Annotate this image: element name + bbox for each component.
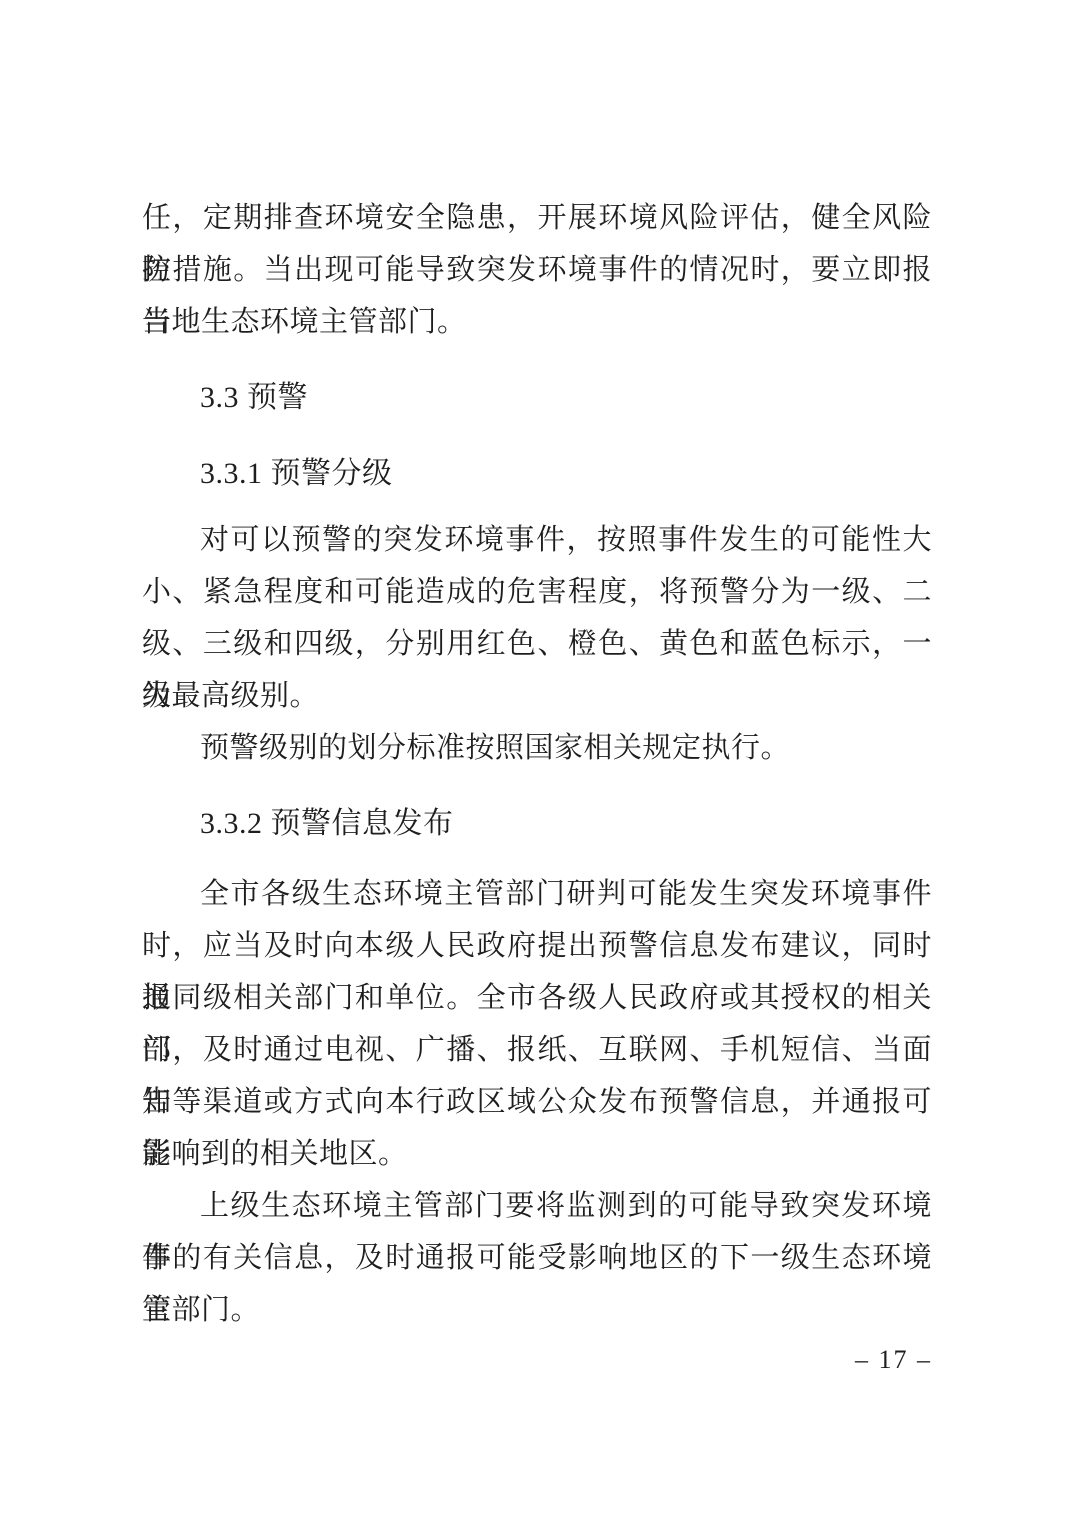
text-line: 上级生态环境主管部门要将监测到的可能导致突发环境事 — [142, 1180, 932, 1232]
paragraph: 预警级别的划分标准按照国家相关规定执行。 — [142, 722, 932, 774]
subsection-heading-3-3-2: 3.3.2 预警信息发布 — [142, 798, 932, 850]
text-line: 报同级相关部门和单位。全市各级人民政府或其授权的相关部 — [142, 972, 932, 1024]
text-line: 小、紧急程度和可能造成的危害程度，将预警分为一级、二 — [142, 566, 932, 618]
text-line: 级、三级和四级，分别用红色、橙色、黄色和蓝色标示，一级 — [142, 618, 932, 670]
text-block: 任，定期排查环境安全隐患，开展环境风险评估，健全风险防 控措施。当出现可能导致突… — [142, 192, 932, 1376]
text-line: 时，应当及时向本级人民政府提出预警信息发布建议，同时通 — [142, 920, 932, 972]
paragraph: 任，定期排查环境安全隐患，开展环境风险评估，健全风险防 控措施。当出现可能导致突… — [142, 192, 932, 348]
text-line: 知等渠道或方式向本行政区域公众发布预警信息，并通报可能 — [142, 1076, 932, 1128]
text-line: 任，定期排查环境安全隐患，开展环境风险评估，健全风险防 — [142, 192, 932, 244]
text-line: 影响到的相关地区。 — [142, 1128, 932, 1180]
text-line: 件的有关信息，及时通报可能受影响地区的下一级生态环境主 — [142, 1232, 932, 1284]
paragraph: 对可以预警的突发环境事件，按照事件发生的可能性大 小、紧急程度和可能造成的危害程… — [142, 514, 932, 722]
text-line: 预警级别的划分标准按照国家相关规定执行。 — [142, 722, 932, 774]
page-number: – 17 – — [142, 1344, 932, 1376]
text-line: 当地生态环境主管部门。 — [142, 296, 932, 348]
text-line: 对可以预警的突发环境事件，按照事件发生的可能性大 — [142, 514, 932, 566]
paragraph: 全市各级生态环境主管部门研判可能发生突发环境事件 时，应当及时向本级人民政府提出… — [142, 868, 932, 1180]
text-line: 为最高级别。 — [142, 670, 932, 722]
text-line: 管部门。 — [142, 1284, 932, 1336]
section-heading-3-3: 3.3 预警 — [142, 372, 932, 424]
paragraph: 上级生态环境主管部门要将监测到的可能导致突发环境事 件的有关信息，及时通报可能受… — [142, 1180, 932, 1336]
subsection-heading-3-3-1: 3.3.1 预警分级 — [142, 448, 932, 500]
text-line: 全市各级生态环境主管部门研判可能发生突发环境事件 — [142, 868, 932, 920]
document-page: 任，定期排查环境安全隐患，开展环境风险评估，健全风险防 控措施。当出现可能导致突… — [0, 0, 1074, 1520]
text-line: 控措施。当出现可能导致突发环境事件的情况时，要立即报告 — [142, 244, 932, 296]
text-line: 门，及时通过电视、广播、报纸、互联网、手机短信、当面告 — [142, 1024, 932, 1076]
